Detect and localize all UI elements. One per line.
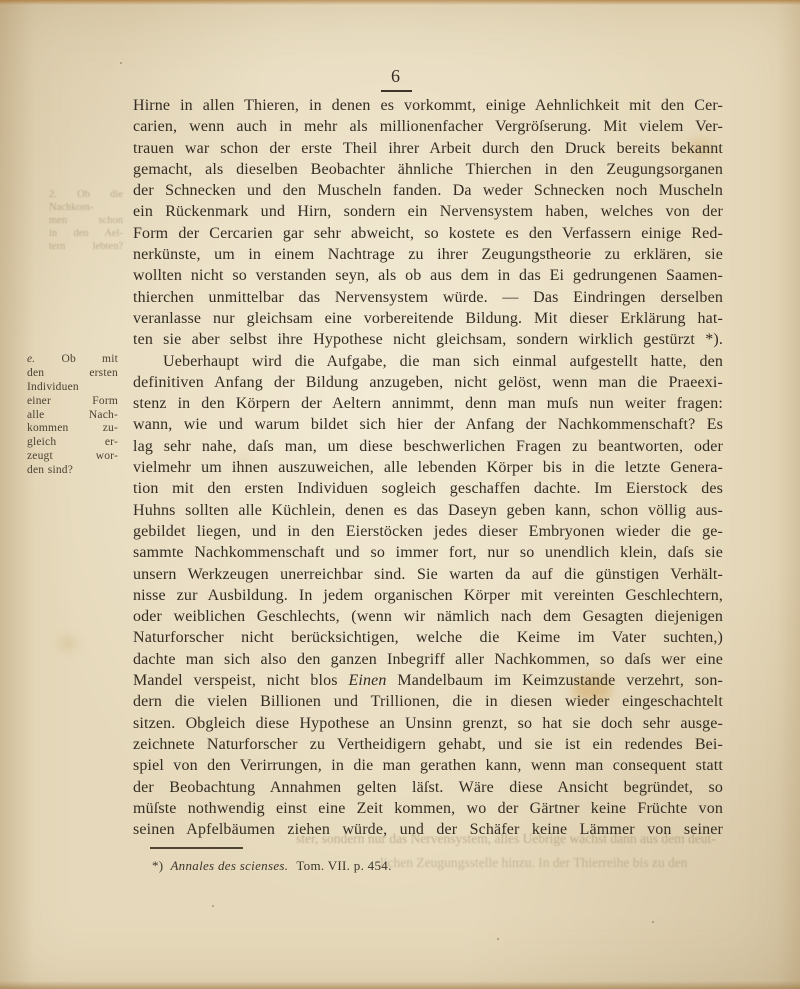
footnote-source: Annales des scienses.	[170, 858, 288, 873]
text-line: Mandel verspeist, nicht blos Einen Mande…	[133, 670, 723, 691]
text-line: nerkünste, um in einem Nachtrage zu ihre…	[133, 244, 723, 265]
text-line: gebildet liegen, und in den Eierstöcken …	[133, 521, 723, 542]
show-through-line: tern lebten?	[49, 240, 123, 253]
text-line: unsern Werkzeugen unerreichbar sind. Sie…	[133, 564, 723, 585]
text-line: alle Nach-	[27, 409, 118, 423]
text-line: wollten nicht so verstanden seyn, als ob…	[133, 265, 723, 286]
paper-speck	[120, 62, 122, 64]
text-line: Ueberhaupt wird die Aufgabe, die man sic…	[133, 351, 723, 372]
text-line: vielmehr um ihnen auszuweichen, alle leb…	[133, 457, 723, 478]
text-line: ein Rückenmark und Hirn, sondern ein Ner…	[133, 201, 723, 222]
footnote: *)Annales des scienses.Tom. VII. p. 454.	[152, 858, 392, 874]
paper-speck	[652, 921, 654, 923]
text-line: zeichnete Naturforscher zu Vertheidigern…	[133, 734, 723, 755]
text-line: carien, wenn auch in mehr als millionenf…	[133, 116, 723, 137]
text-line: veranlasse nur gleichsam eine vorbereite…	[133, 308, 723, 329]
text-line: stenz in den Körpern der Aeltern annimmt…	[133, 393, 723, 414]
text-line: der Beobachtung Annahmen gelten läſst. W…	[133, 777, 723, 798]
paper-speck	[497, 938, 499, 940]
show-through-text-line: lichen Zeugungsstelle hinzu. In der Thie…	[380, 855, 724, 871]
text-line: e. Ob mit	[27, 353, 118, 367]
text-line: dachte man sich also den ganzen Inbegrif…	[133, 649, 723, 670]
text-line: seinen Apfelbäumen ziehen würde, und der…	[133, 819, 723, 840]
show-through-margin-note: 2. Ob dieNachkom-men schonin den Ael-ter…	[49, 188, 123, 253]
footnote-marker: *)	[152, 858, 163, 873]
text-line: definitiven Anfang der Bildung anzugeben…	[133, 372, 723, 393]
text-line: gemacht, als dieselben Beobachter ähnlic…	[133, 159, 723, 180]
text-line: wann, wie und warum bildet sich hier der…	[133, 414, 723, 435]
text-line: Individuen	[27, 381, 118, 395]
page-number-rule	[381, 90, 412, 92]
text-line: zeugt wor-	[27, 450, 118, 464]
text-line: ten sie aber selbst ihre Hypothese nicht…	[133, 329, 723, 350]
text-line: sammte Nachkommenschaft und so immer for…	[133, 542, 723, 563]
book-page: 6 2. Ob dieNachkom-men schonin den Ael-t…	[0, 0, 800, 989]
text-line: gleich er-	[27, 436, 118, 450]
text-line: kommen zu-	[27, 422, 118, 436]
text-line: trauen war schon der erste Theil ihrer A…	[133, 138, 723, 159]
text-line: sitzen. Obgleich diese Hypothese an Unsi…	[133, 713, 723, 734]
text-line: einer Form	[27, 395, 118, 409]
page-number: 6	[0, 66, 792, 87]
show-through-line: 2. Ob die	[49, 188, 123, 201]
show-through-line: in den Ael-	[49, 227, 123, 240]
text-line: dern die vielen Billionen und Trillionen…	[133, 691, 723, 712]
text-line: Form der Cercarien gar sehr abweicht, so…	[133, 223, 723, 244]
footnote-citation: Tom. VII. p. 454.	[296, 858, 391, 873]
paper-stain	[58, 636, 78, 651]
text-line: tion mit den ersten Individuen sogleich …	[133, 478, 723, 499]
text-line: den sind?	[27, 464, 118, 478]
text-line: der Schnecken und den Muscheln fanden. D…	[133, 180, 723, 201]
text-line: nisse zur Ausbildung. In jedem organisch…	[133, 585, 723, 606]
page-header: 6	[0, 66, 792, 92]
text-line: oder weiblichen Geschlechts, (wenn wir n…	[133, 606, 723, 627]
text-line: thierchen unmittelbar das Nervensystem w…	[133, 287, 723, 308]
text-line: spiel von den Verirrungen, in die man ge…	[133, 755, 723, 776]
text-line: lag sehr nahe, daſs man, um diese beschw…	[133, 436, 723, 457]
footnote-rule	[150, 847, 243, 849]
text-line: Huhns sollten alle Küchlein, denen es da…	[133, 500, 723, 521]
paper-speck	[212, 905, 214, 907]
text-line: den ersten	[27, 367, 118, 381]
text-line: Hirne in allen Thieren, in denen es vork…	[133, 95, 723, 116]
show-through-line: men schon	[49, 214, 123, 227]
text-line: Naturforscher nicht berücksichtigen, wel…	[133, 627, 723, 648]
margin-note: e. Ob mitden erstenIndividueneiner Forma…	[27, 353, 118, 478]
text-line: müſste nothwendig einst eine Zeit kommen…	[133, 798, 723, 819]
show-through-line: Nachkom-	[49, 201, 123, 214]
main-text: Hirne in allen Thieren, in denen es vork…	[133, 95, 723, 840]
